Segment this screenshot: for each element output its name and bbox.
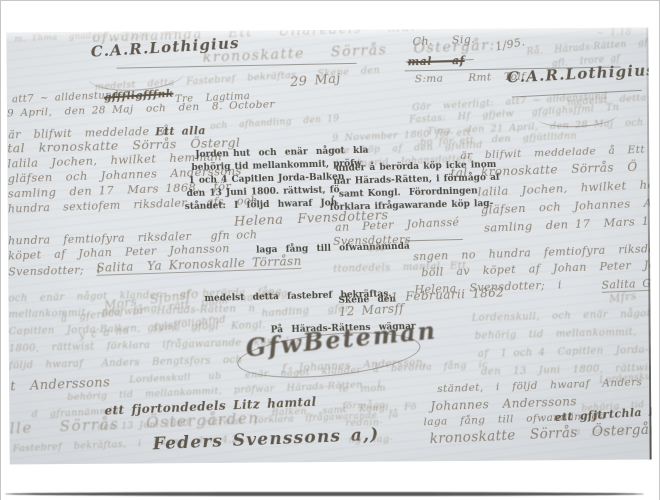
paper-texture [6, 27, 651, 464]
frame-bottom-shadow [5, 492, 644, 496]
document-paper: m. Thma gnadend chygqi: unofwannämnda Et… [6, 27, 651, 464]
scanned-document-photo: m. Thma gnadend chygqi: unofwannämnda Et… [0, 0, 660, 500]
